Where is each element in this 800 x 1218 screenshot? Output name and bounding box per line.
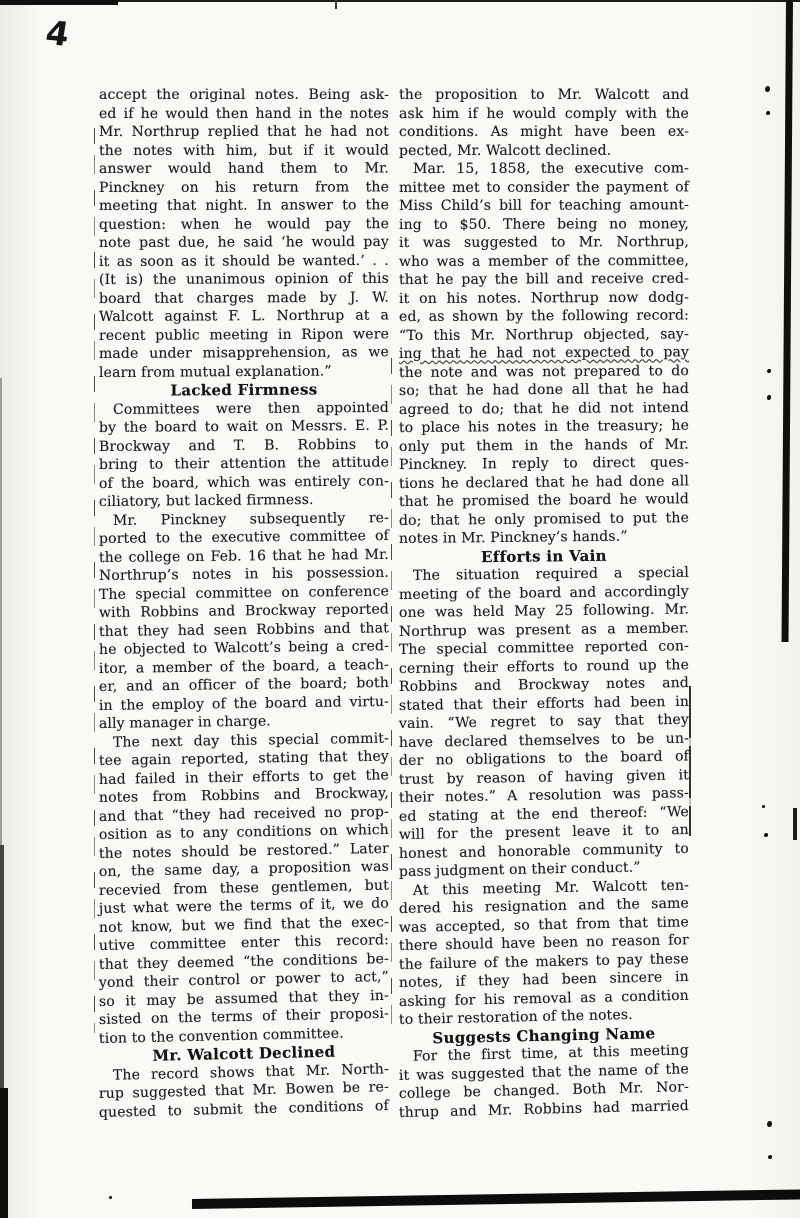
text-line: agreed to do; that he did not intend xyxy=(399,398,689,419)
text-line: ed if he would then hand in the notes xyxy=(99,104,389,123)
text-line: answer would hand them to Mr. xyxy=(99,159,389,178)
ink-speck xyxy=(767,369,771,373)
text-line: (It is) the unanimous opinion of this xyxy=(99,270,389,290)
text-line: made under misapprehension, as we xyxy=(99,343,389,363)
section-heading: Lacked Firmness xyxy=(99,380,389,401)
text-line: meeting that night. In answer to the xyxy=(99,196,389,215)
ink-speck xyxy=(762,805,765,808)
scan-edge-left-corner xyxy=(0,1088,8,1218)
text-line: the proposition to Mr. Walcott and xyxy=(399,86,689,105)
scan-edge-top-tick xyxy=(335,0,337,9)
scan-edge-right-fragment xyxy=(793,808,797,840)
text-line: note past due, he said ‘he would pay xyxy=(99,233,389,253)
text-line: who was a member of the committee, xyxy=(399,251,689,271)
scanned-newspaper-page: 4 accept the original notes. Being ask-e… xyxy=(0,0,800,1218)
text-line: “To this Mr. Northrup objected, say- xyxy=(399,325,689,345)
text-line: it was suggested to Mr. Northrup, xyxy=(399,233,689,253)
text-line: that he pay the bill and receive cred- xyxy=(399,270,689,290)
scan-edge-right-bar xyxy=(782,0,793,642)
text-line: ported to the executive committee of xyxy=(99,527,389,549)
ink-speck xyxy=(765,86,770,92)
text-line: that he promised the board he would xyxy=(399,490,689,511)
text-line: Miss Child’s bill for teaching amount- xyxy=(399,196,689,215)
text-line: Committees were then appointed xyxy=(99,398,389,419)
column-rule-right xyxy=(689,686,691,836)
ink-speck xyxy=(764,833,768,837)
text-line: Pinckney on his return from the xyxy=(99,178,389,197)
ink-speck xyxy=(767,1121,772,1127)
text-line: Mr. Northrup replied that he had not xyxy=(99,123,389,142)
article-column-right: the proposition to Mr. Walcott andask hi… xyxy=(399,86,689,1122)
text-line: by the board to wait on Messrs. E. P. xyxy=(99,417,389,438)
text-line: pected, Mr. Walcott declined. xyxy=(399,141,689,160)
text-line: it on his notes. Northrup now dodg- xyxy=(399,288,689,308)
text-line: notes in Mr. Pinckney’s hands.” xyxy=(399,527,689,549)
text-line: so; that he had done all that he had xyxy=(399,380,689,401)
text-line: to place his notes in the treasury; he xyxy=(399,417,689,438)
text-line: conditions. As might have been ex- xyxy=(399,123,689,142)
text-line: ing to $50. There being no money, xyxy=(399,215,689,234)
scan-edge-top-corner xyxy=(0,0,118,5)
text-line: question: when he would pay the xyxy=(99,215,389,234)
scan-edge-left-strip xyxy=(0,845,4,1093)
text-line: Mar. 15, 1858, the executive com- xyxy=(399,159,689,178)
column-rule-center xyxy=(391,358,392,1040)
text-line: ask him if he would comply with the xyxy=(399,104,689,123)
scan-edge-top-line xyxy=(0,0,800,2)
text-line: Pinckney. In reply to direct ques- xyxy=(399,453,689,474)
text-line: ciliatory, but lacked firmness. xyxy=(99,490,389,511)
text-line: board that charges made by J. W. xyxy=(99,288,389,308)
text-line: ing that he had not expected to pay xyxy=(399,343,689,363)
ink-speck xyxy=(767,395,771,400)
text-line: bring to their attention the attitude xyxy=(99,453,389,474)
column-rule-left xyxy=(94,128,95,1033)
scan-edge-bottom-bar xyxy=(192,1189,800,1209)
text-line: learn from mutual explanation.” xyxy=(99,362,389,382)
ink-speck xyxy=(109,1196,112,1199)
ink-speck xyxy=(768,1155,772,1159)
text-line: accept the original notes. Being ask- xyxy=(99,86,389,105)
text-line: the notes with him, but if it would xyxy=(99,141,389,160)
scan-edge-left-faint xyxy=(0,378,2,846)
article-column-left: accept the original notes. Being ask-ed … xyxy=(99,86,389,1122)
text-line: Walcott against F. L. Northrup at a xyxy=(99,306,389,326)
text-line: the note and was not prepared to do xyxy=(399,362,689,382)
ink-speck xyxy=(761,1195,763,1197)
handwritten-page-number: 4 xyxy=(43,13,72,54)
ink-speck xyxy=(766,111,770,115)
text-line: ed, as shown by the following record: xyxy=(399,306,689,326)
text-line: recent public meeting in Ripon were xyxy=(99,325,389,345)
text-line: mittee met to consider the payment of xyxy=(399,178,689,197)
text-line: it as soon as it should be wanted.’ . . xyxy=(99,251,389,271)
